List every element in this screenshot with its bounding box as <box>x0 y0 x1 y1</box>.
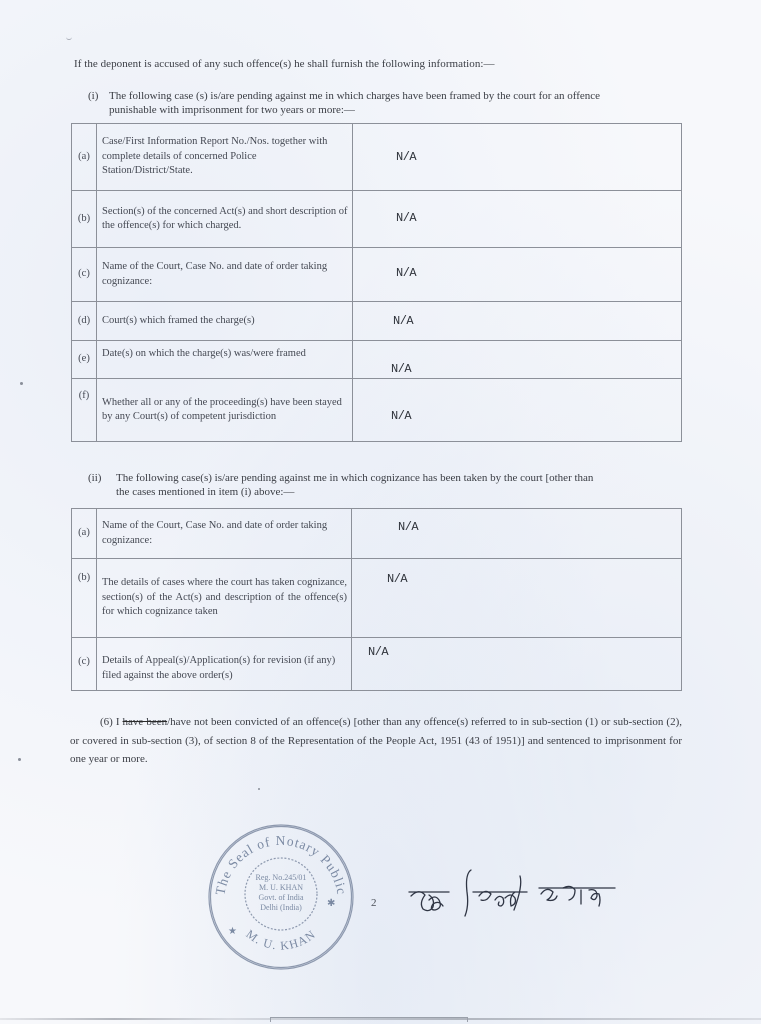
row-value-cell: N/A <box>353 248 682 302</box>
section-i-table: (a) Case/First Information Report No./No… <box>71 123 682 442</box>
row-value-cell: N/A <box>353 302 682 341</box>
table-row: (b) The details of cases where the court… <box>72 559 682 638</box>
row-value-cell: N/A <box>353 124 682 191</box>
row-label: (d) <box>72 302 97 341</box>
row-value: N/A <box>387 572 407 587</box>
row-value-cell: N/A <box>353 379 682 442</box>
scan-speck <box>18 758 21 761</box>
seal-star-icon: ✱ <box>327 898 335 909</box>
row-value-cell: N/A <box>352 509 682 559</box>
section-ii-table: (a) Name of the Court, Case No. and date… <box>71 508 682 691</box>
row-label: (a) <box>72 124 97 191</box>
intro-text: If the deponent is accused of any such o… <box>74 58 495 70</box>
row-value-cell: N/A <box>352 638 682 691</box>
row-description: Court(s) which framed the charge(s) <box>97 302 353 341</box>
svg-text:M. U. KHAN: M. U. KHAN <box>243 927 318 953</box>
section-ii-line1: The following case(s) is/are pending aga… <box>116 471 593 485</box>
row-description: Details of Appeal(s)/Application(s) for … <box>97 638 352 691</box>
row-value: N/A <box>368 645 388 660</box>
scan-speck <box>20 382 23 385</box>
paragraph-6: (6) I have been/have not been convicted … <box>70 713 682 769</box>
table-row: (b) Section(s) of the concerned Act(s) a… <box>72 191 682 248</box>
table-row: (d) Court(s) which framed the charge(s) … <box>72 302 682 341</box>
table-row: (c) Details of Appeal(s)/Application(s) … <box>72 638 682 691</box>
section-ii-heading: (ii) The following case(s) is/are pendin… <box>88 471 688 501</box>
row-description: The details of cases where the court has… <box>97 559 352 638</box>
seal-inner-line: M. U. KHAN <box>259 883 303 892</box>
row-label: (a) <box>72 509 97 559</box>
row-description: Name of the Court, Case No. and date of … <box>97 248 353 302</box>
seal-outer-bottom-text: M. U. KHAN <box>243 927 318 953</box>
paragraph-6-prefix: (6) I <box>100 716 123 728</box>
section-i-number: (i) <box>88 89 98 103</box>
paragraph-6-struck-text: have been <box>123 716 168 728</box>
notary-seal: The Seal of Notary Public M. U. KHAN Reg… <box>206 822 356 972</box>
row-description: Case/First Information Report No./Nos. t… <box>97 124 353 191</box>
row-value: N/A <box>393 314 413 329</box>
row-label: (b) <box>72 191 97 248</box>
row-label: (f) <box>72 379 97 442</box>
row-value-cell: N/A <box>353 341 682 379</box>
section-ii-line2: the cases mentioned in item (i) above:— <box>116 485 294 499</box>
bottom-box <box>270 1017 468 1022</box>
row-label: (c) <box>72 248 97 302</box>
seal-star-icon: ★ <box>228 926 237 937</box>
row-value-cell: N/A <box>352 559 682 638</box>
scan-speck <box>258 788 260 790</box>
section-ii-number: (ii) <box>88 471 101 485</box>
row-value: N/A <box>396 211 416 226</box>
section-i-heading: (i) The following case (s) is/are pendin… <box>88 89 688 119</box>
row-value-cell: N/A <box>353 191 682 248</box>
seal-inner-line: Govt. of India <box>258 893 304 902</box>
row-label: (b) <box>72 559 97 638</box>
row-value: N/A <box>396 150 416 165</box>
signature <box>405 866 620 926</box>
row-label: (c) <box>72 638 97 691</box>
section-i-line1: The following case (s) is/are pending ag… <box>109 89 600 103</box>
row-description: Name of the Court, Case No. and date of … <box>97 509 352 559</box>
row-description: Date(s) on which the charge(s) was/were … <box>97 341 353 379</box>
row-label: (e) <box>72 341 97 379</box>
row-value: N/A <box>391 362 411 377</box>
scan-mark <box>66 36 72 40</box>
table-row: (e) Date(s) on which the charge(s) was/w… <box>72 341 682 379</box>
seal-inner-line: Reg. No.245/01 <box>256 873 307 882</box>
row-description: Section(s) of the concerned Act(s) and s… <box>97 191 353 248</box>
row-value: N/A <box>398 520 418 535</box>
table-row: (c) Name of the Court, Case No. and date… <box>72 248 682 302</box>
table-row: (a) Name of the Court, Case No. and date… <box>72 509 682 559</box>
row-value: N/A <box>391 409 411 424</box>
table-row: (a) Case/First Information Report No./No… <box>72 124 682 191</box>
page-number: 2 <box>371 897 377 909</box>
row-description: Whether all or any of the proceeding(s) … <box>97 379 353 442</box>
seal-inner-line: Delhi (India) <box>260 903 302 912</box>
row-value: N/A <box>396 266 416 281</box>
table-row: (f) Whether all or any of the proceeding… <box>72 379 682 442</box>
section-i-line2: punishable with imprisonment for two yea… <box>109 103 355 117</box>
